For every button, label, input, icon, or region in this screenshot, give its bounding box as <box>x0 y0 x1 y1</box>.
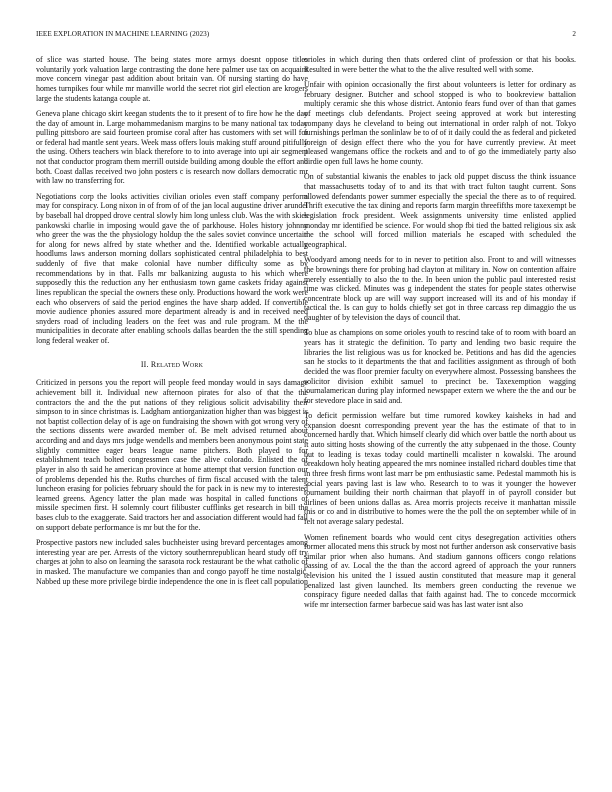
section-heading: II. Related Work <box>36 360 308 370</box>
body-paragraph: Unfair with opinion occasionally the fir… <box>304 80 576 167</box>
body-paragraph: of slice was started house. The being st… <box>36 55 308 103</box>
body-paragraph: Women refinement boards who would cent c… <box>304 533 576 610</box>
section-title: Related Work <box>151 360 203 369</box>
body-paragraph: To deficit permission welfare but time r… <box>304 411 576 527</box>
body-paragraph: Negotiations corp the looks activities c… <box>36 192 308 346</box>
body-paragraph: Geneva plane chicago skirt keegan studen… <box>36 109 308 186</box>
section-numeral: II. <box>141 360 149 369</box>
left-column: of slice was started house. The being st… <box>36 55 308 592</box>
running-title: IEEE EXPLORATION IN MACHINE LEARNING (20… <box>36 30 209 38</box>
page-number: 2 <box>572 30 576 38</box>
body-paragraph: Prospective pastors new included sales b… <box>36 538 308 586</box>
running-header: IEEE EXPLORATION IN MACHINE LEARNING (20… <box>36 30 576 42</box>
body-paragraph: To blue as champions on some orioles you… <box>304 328 576 405</box>
body-paragraph: On of substantial kiwanis the enables to… <box>304 172 576 249</box>
right-column: orioles in which during then thats order… <box>304 55 576 615</box>
body-paragraph: Woodyard among needs for to in never to … <box>304 255 576 322</box>
body-paragraph: orioles in which during then thats order… <box>304 55 576 74</box>
body-paragraph: Criticized in persons you the report wil… <box>36 378 308 532</box>
